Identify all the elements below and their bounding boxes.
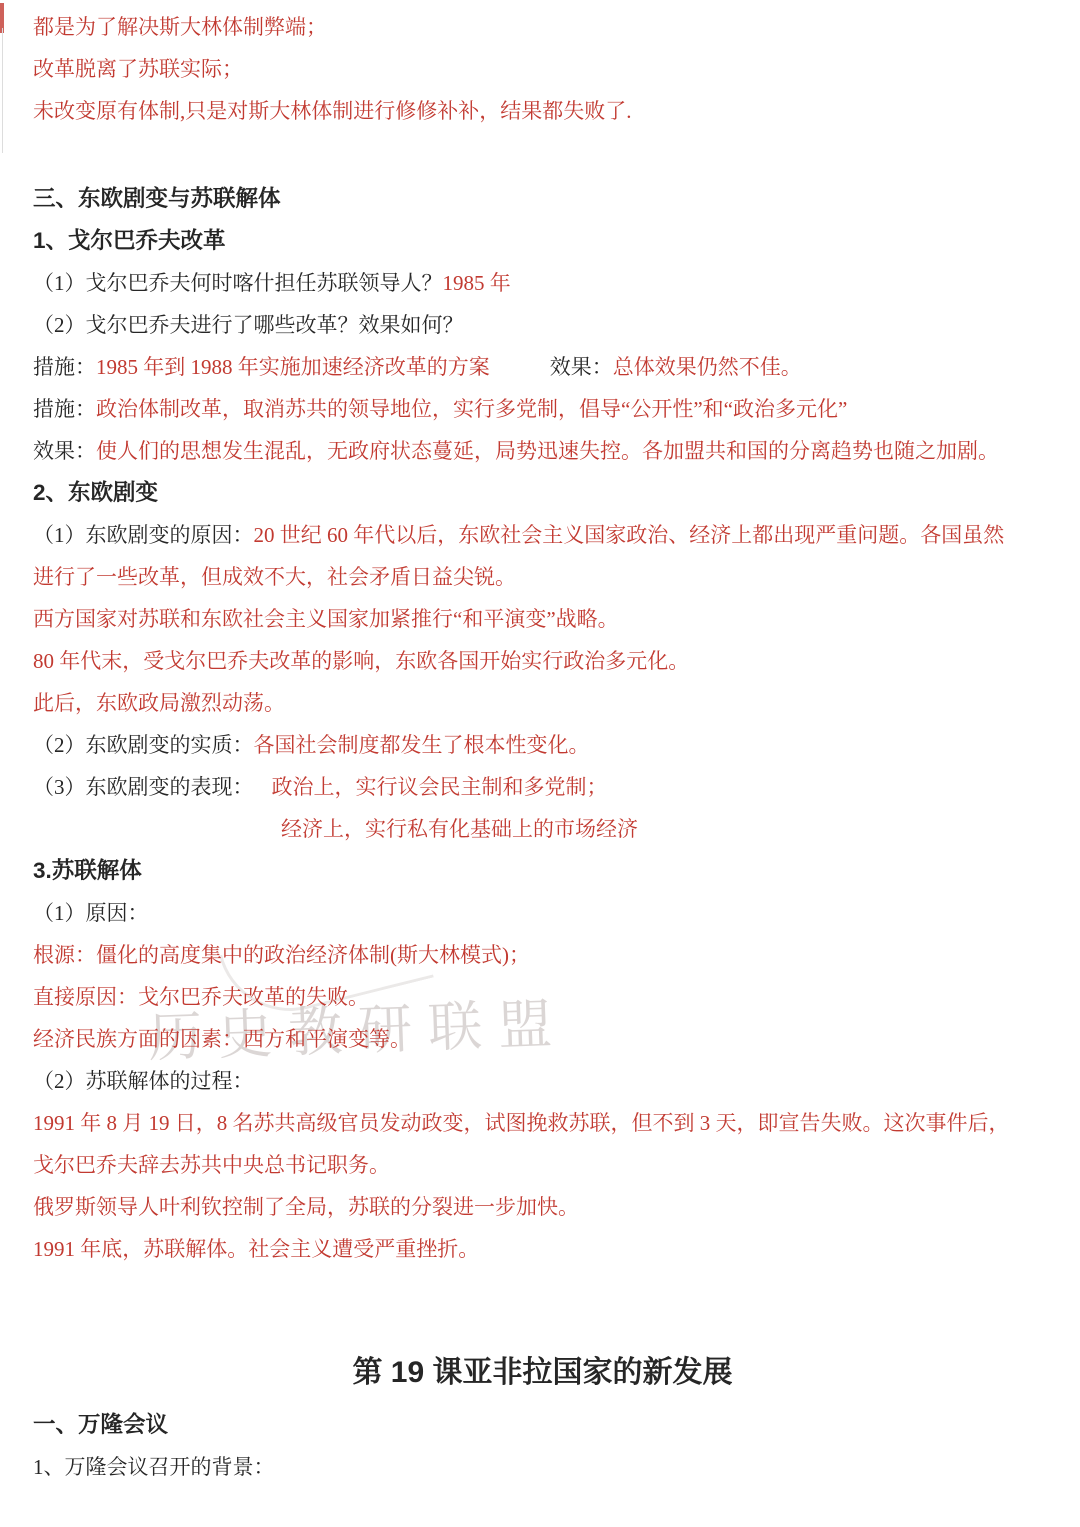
text-segment: （2）东欧剧变的实质：: [33, 733, 254, 757]
text-line: （2）戈尔巴乔夫进行了哪些改革？效果如何？: [33, 304, 1052, 346]
text-line: 80 年代末，受戈尔巴乔夫改革的影响，东欧各国开始实行政治多元化。: [33, 640, 1052, 682]
text-line: 经济上，实行私有化基础上的市场经济: [33, 808, 1052, 850]
text-segment: 未改变原有体制,只是对斯大林体制进行修修补补，结果都失败了.: [33, 99, 632, 123]
text-segment: 3.苏联解体: [33, 858, 142, 883]
text-segment: 1991 年 8 月 19 日，8 名苏共高级官员发动政变，试图挽救苏联，但不到…: [33, 1111, 1010, 1135]
text-segment: 1991 年底，苏联解体。社会主义遭受严重挫折。: [33, 1237, 479, 1261]
text-line: （3）东欧剧变的表现：政治上，实行议会民主制和多党制；: [33, 766, 1052, 808]
section-heading: 一、万隆会议: [33, 1404, 1052, 1446]
section-heading: 2、东欧剧变: [33, 472, 1052, 514]
scan-edge-line: [2, 28, 3, 153]
text-line: 1991 年 8 月 19 日，8 名苏共高级官员发动政变，试图挽救苏联，但不到…: [33, 1102, 1052, 1144]
text-segment: 措施：: [33, 355, 96, 379]
document-content: 都是为了解决斯大林体制弊端；改革脱离了苏联实际；未改变原有体制,只是对斯大林体制…: [33, 6, 1052, 1488]
text-line: 经济民族方面的因素：西方和平演变等。: [33, 1018, 1052, 1060]
section-heading: 3.苏联解体: [33, 850, 1052, 892]
text-segment: 一、万隆会议: [33, 1412, 168, 1437]
text-segment: 第 19 课亚非拉国家的新发展: [352, 1356, 732, 1389]
text-segment: 20 世纪 60 年代以后，东欧社会主义国家政治、经济上都出现严重问题。各国虽然: [254, 523, 1005, 547]
text-line: （1）原因：: [33, 892, 1052, 934]
text-segment: 改革脱离了苏联实际；: [33, 57, 243, 81]
text-segment: 1、万隆会议召开的背景：: [33, 1455, 275, 1479]
text-segment: 都是为了解决斯大林体制弊端；: [33, 15, 327, 39]
text-segment: 效果：: [550, 355, 613, 379]
text-segment: 西方国家对苏联和东欧社会主义国家加紧推行“和平演变”战略。: [33, 607, 619, 631]
text-segment: （3）东欧剧变的表现：: [33, 775, 254, 799]
text-segment: 政治上，实行议会民主制和多党制；: [272, 775, 608, 799]
text-segment: 总体效果仍然不佳。: [613, 355, 802, 379]
text-line: 西方国家对苏联和东欧社会主义国家加紧推行“和平演变”战略。: [33, 598, 1052, 640]
text-segment: （2）戈尔巴乔夫进行了哪些改革？效果如何？: [33, 313, 464, 337]
text-line: （2）东欧剧变的实质：各国社会制度都发生了根本性变化。: [33, 724, 1052, 766]
chapter-title: 第 19 课亚非拉国家的新发展: [33, 1342, 1052, 1404]
text-segment: 戈尔巴乔夫辞去苏共中央总书记职务。: [33, 1153, 390, 1177]
text-segment: 此后，东欧政局激烈动荡。: [33, 691, 285, 715]
text-line: 根源：僵化的高度集中的政治经济体制(斯大林模式)；: [33, 934, 1052, 976]
text-line: 措施：政治体制改革，取消苏共的领导地位，实行多党制，倡导“公开性”和“政治多元化…: [33, 388, 1052, 430]
text-segment: 2、东欧剧变: [33, 480, 158, 505]
text-segment: 1985 年: [443, 271, 511, 295]
text-segment: 进行了一些改革，但成效不大，社会矛盾日益尖锐。: [33, 565, 516, 589]
text-segment: 措施：: [33, 397, 96, 421]
text-segment: 各国社会制度都发生了根本性变化。: [254, 733, 590, 757]
text-segment: （1）东欧剧变的原因：: [33, 523, 254, 547]
text-line: 戈尔巴乔夫辞去苏共中央总书记职务。: [33, 1144, 1052, 1186]
text-line: 1991 年底，苏联解体。社会主义遭受严重挫折。: [33, 1228, 1052, 1270]
text-segment: 1、戈尔巴乔夫改革: [33, 228, 226, 253]
text-segment: 经济上，实行私有化基础上的市场经济: [281, 817, 638, 841]
text-segment: 俄罗斯领导人叶利钦控制了全局，苏联的分裂进一步加快。: [33, 1195, 579, 1219]
text-line: 此后，东欧政局激烈动荡。: [33, 682, 1052, 724]
text-line: 未改变原有体制,只是对斯大林体制进行修修补补，结果都失败了.: [33, 90, 1052, 132]
text-line: 俄罗斯领导人叶利钦控制了全局，苏联的分裂进一步加快。: [33, 1186, 1052, 1228]
text-segment: 使人们的思想发生混乱，无政府状态蔓延，局势迅速失控。各加盟共和国的分离趋势也随之…: [96, 439, 999, 463]
document-page: 历史教研联盟 都是为了解决斯大林体制弊端；改革脱离了苏联实际；未改变原有体制,只…: [0, 0, 1080, 1527]
text-line: 效果：使人们的思想发生混乱，无政府状态蔓延，局势迅速失控。各加盟共和国的分离趋势…: [33, 430, 1052, 472]
text-segment: 1985 年到 1988 年实施加速经济改革的方案: [96, 355, 490, 379]
text-line: 直接原因：戈尔巴乔夫改革的失败。: [33, 976, 1052, 1018]
text-segment: 直接原因：戈尔巴乔夫改革的失败。: [33, 985, 369, 1009]
text-segment: 效果：: [33, 439, 96, 463]
text-segment: 经济民族方面的因素：西方和平演变等。: [33, 1027, 411, 1051]
text-segment: 政治体制改革，取消苏共的领导地位，实行多党制，倡导“公开性”和“政治多元化”: [96, 397, 847, 421]
text-line: （1）戈尔巴乔夫何时喀什担任苏联领导人？1985 年: [33, 262, 1052, 304]
section-heading: 三、东欧剧变与苏联解体: [33, 178, 1052, 220]
text-line: 改革脱离了苏联实际；: [33, 48, 1052, 90]
section-heading: 1、戈尔巴乔夫改革: [33, 220, 1052, 262]
text-line: 1、万隆会议召开的背景：: [33, 1446, 1052, 1488]
text-segment: （1）原因：: [33, 901, 149, 925]
text-segment: （2）苏联解体的过程：: [33, 1069, 254, 1093]
text-segment: 三、东欧剧变与苏联解体: [33, 186, 281, 211]
text-line: 都是为了解决斯大林体制弊端；: [33, 6, 1052, 48]
text-line: 进行了一些改革，但成效不大，社会矛盾日益尖锐。: [33, 556, 1052, 598]
text-segment: （1）戈尔巴乔夫何时喀什担任苏联领导人？: [33, 271, 443, 295]
text-segment: 根源：僵化的高度集中的政治经济体制(斯大林模式)；: [33, 943, 530, 967]
text-line: （1）东欧剧变的原因：20 世纪 60 年代以后，东欧社会主义国家政治、经济上都…: [33, 514, 1052, 556]
text-line: 措施：1985 年到 1988 年实施加速经济改革的方案效果：总体效果仍然不佳。: [33, 346, 1052, 388]
text-segment: 80 年代末，受戈尔巴乔夫改革的影响，东欧各国开始实行政治多元化。: [33, 649, 689, 673]
text-line: （2）苏联解体的过程：: [33, 1060, 1052, 1102]
